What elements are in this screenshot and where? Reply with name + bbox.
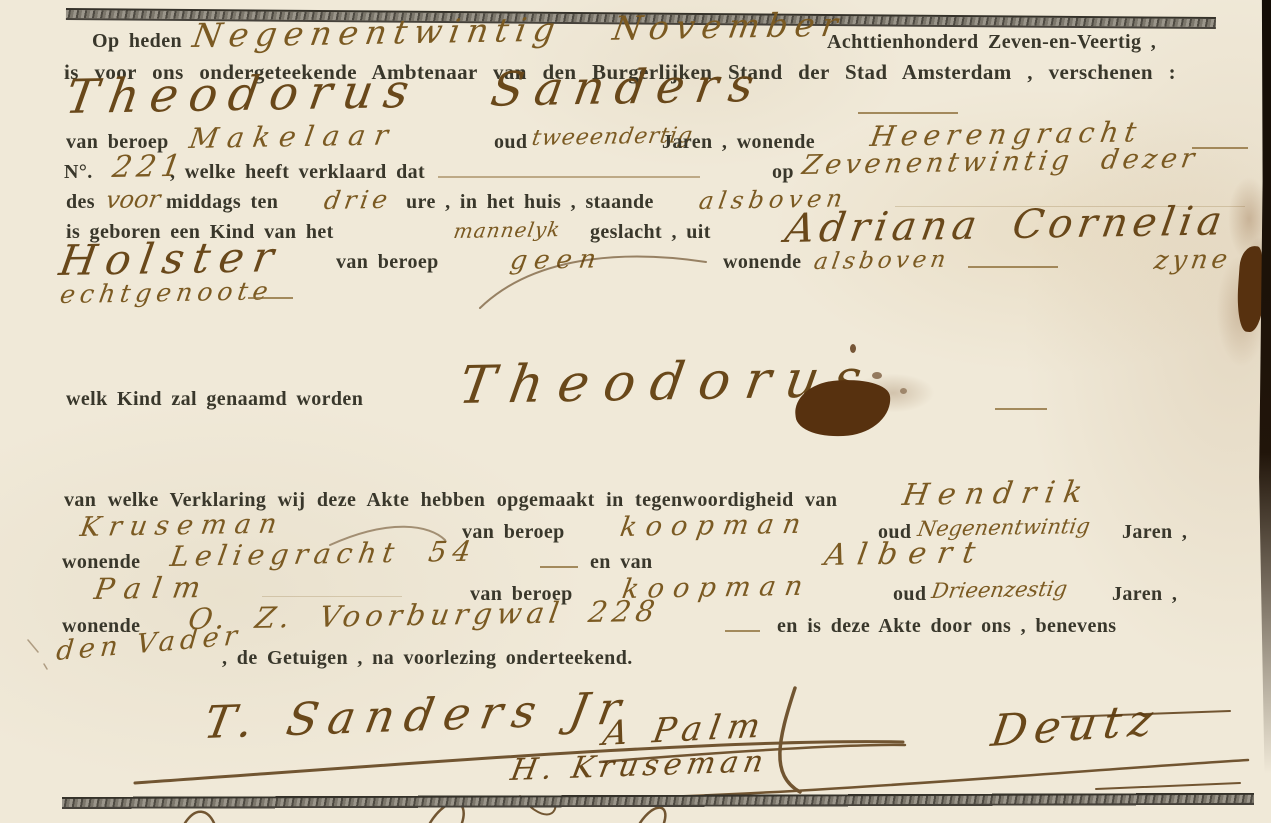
printed-declaration-clause: , welke heeft verklaard dat bbox=[170, 161, 425, 184]
ink-spatter bbox=[900, 388, 907, 394]
ink-spatter bbox=[850, 344, 856, 353]
hw-witness2-firstname: Albert bbox=[822, 535, 989, 573]
printed-akte-door-ons: en is deze Akte door ons , benevens bbox=[777, 615, 1116, 638]
filler-dash bbox=[858, 112, 958, 114]
hw-mother-residence: alsboven bbox=[812, 247, 951, 275]
hw-witness2-surname: Palm bbox=[92, 570, 214, 606]
hw-birth-date: Zevenentwintig dezer bbox=[800, 143, 1201, 181]
hw-birth-hour: drie bbox=[322, 185, 394, 215]
hw-zyne: zyne bbox=[1152, 245, 1234, 276]
hw-witness1-profession: koopman bbox=[618, 509, 812, 543]
hw-witness2-address: O. Z. Voorburgwal 228 bbox=[186, 594, 662, 636]
hw-echtgenoote: echtgenoote bbox=[58, 276, 275, 309]
page-edge-shadow bbox=[1257, 0, 1271, 823]
printed-op-heden: Op heden bbox=[92, 30, 182, 53]
printed-oud: oud bbox=[494, 131, 527, 154]
printed-en-van: en van bbox=[590, 551, 653, 574]
filler-dash bbox=[995, 408, 1047, 410]
hw-daypart: voor bbox=[104, 185, 163, 214]
printed-getuigen-voorlezing: , de Getuigen , na voorlezing onderteeke… bbox=[222, 647, 633, 670]
printed-op: op bbox=[772, 161, 794, 184]
filler-dash bbox=[262, 596, 402, 597]
printed-geslacht-uit: geslacht , uit bbox=[590, 221, 711, 244]
filler-dash bbox=[540, 566, 578, 568]
hw-mother-profession: geen bbox=[508, 244, 605, 276]
filler-dash bbox=[438, 176, 700, 178]
printed-house-number-label: N°. bbox=[64, 161, 93, 184]
ink-spatter bbox=[872, 372, 882, 379]
hw-child-gender: mannelyk bbox=[452, 217, 562, 243]
printed-year: Achttienhonderd Zeven-en-Veertig , bbox=[827, 31, 1156, 54]
printed-van-beroep-mother: van beroep bbox=[336, 251, 439, 274]
filler-dash bbox=[1192, 147, 1248, 149]
signature-registrar: Deutz bbox=[988, 695, 1163, 757]
birth-certificate-scan: Op heden Negenentwintig November Achttie… bbox=[0, 0, 1271, 823]
signature-father: T. Sanders Jr bbox=[200, 681, 635, 749]
bottom-border-rule bbox=[62, 793, 1254, 809]
printed-des: des bbox=[66, 191, 95, 214]
printed-middags-ten: middags ten bbox=[166, 191, 278, 214]
printed-ure-huis-staande: ure , in het huis , staande bbox=[406, 191, 654, 214]
hw-mother-firstnames: Adriana Cornelia bbox=[782, 198, 1230, 252]
filler-dash bbox=[248, 297, 293, 299]
hw-witness1-firstname: Hendrik bbox=[900, 475, 1094, 513]
printed-jaren-wonende: Jaren , wonende bbox=[662, 131, 815, 154]
filler-dash bbox=[725, 630, 760, 632]
printed-jaren-w2: Jaren , bbox=[1112, 583, 1177, 606]
filler-dash bbox=[968, 266, 1058, 268]
printed-child-name-label: welk Kind zal genaamd worden bbox=[66, 388, 363, 411]
hw-witness1-address: Leliegracht 54 bbox=[168, 535, 479, 573]
hw-declarant-name: Theodorus Sanders bbox=[62, 58, 769, 125]
printed-witness-intro: van welke Verklaring wij deze Akte hebbe… bbox=[64, 489, 837, 512]
hw-declarant-profession: Makelaar bbox=[187, 118, 399, 155]
hw-witness2-age: Drieenzestig bbox=[930, 577, 1069, 603]
printed-wonende-mother: wonende bbox=[723, 251, 801, 274]
printed-jaren-w1: Jaren , bbox=[1122, 521, 1187, 544]
signature-witness-kruseman: H. Kruseman bbox=[508, 744, 771, 788]
printed-oud-w2: oud bbox=[893, 583, 926, 606]
